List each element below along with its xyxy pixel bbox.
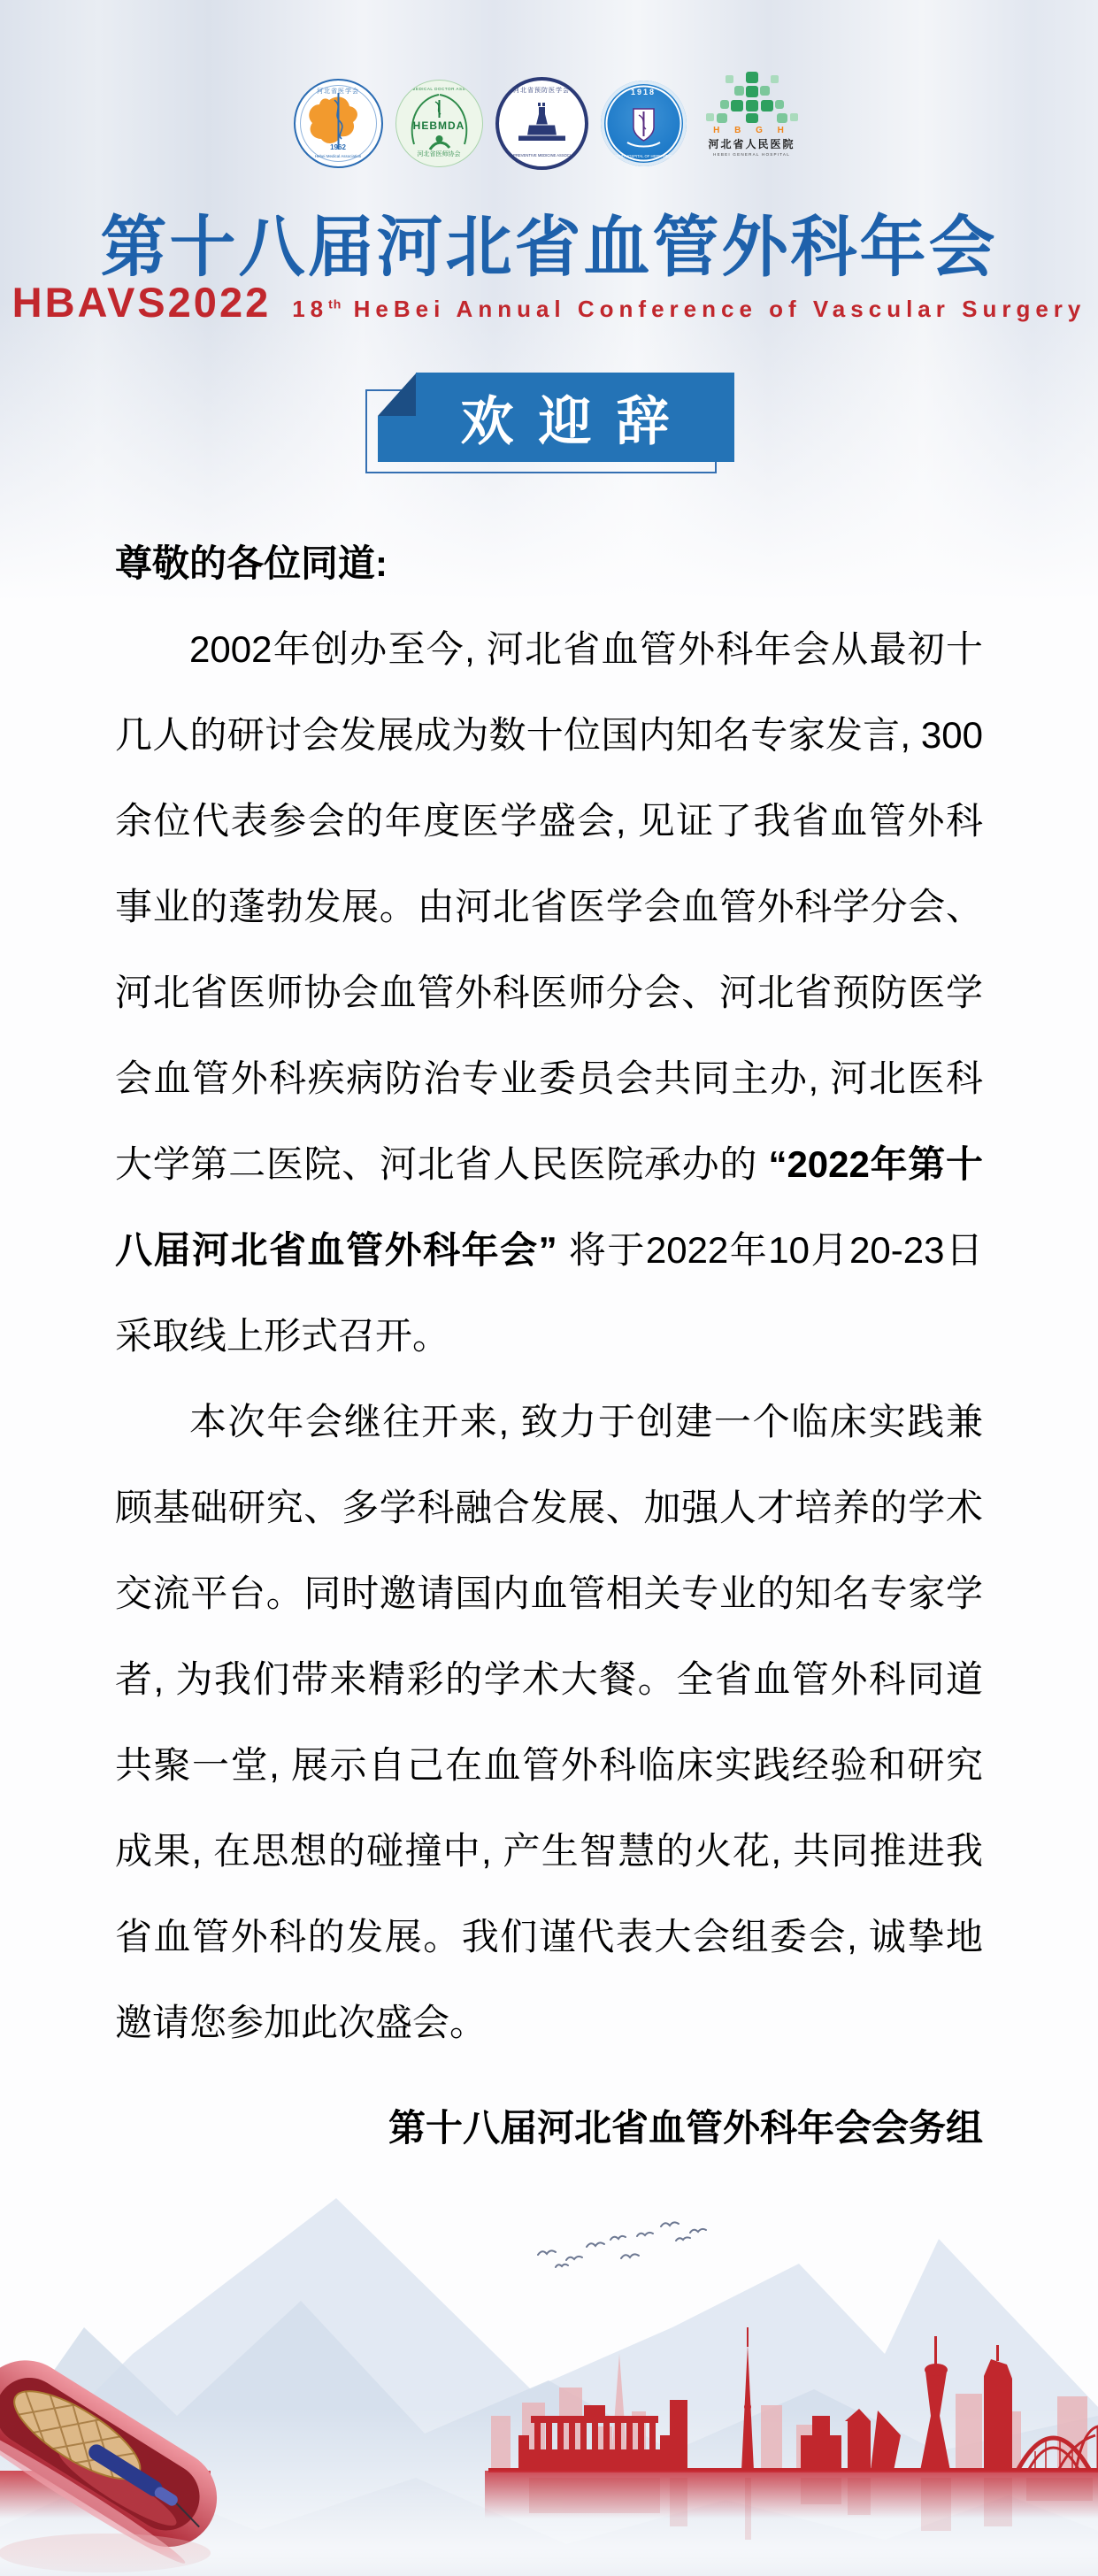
- birds-icon: [538, 2222, 706, 2267]
- conference-title: 第十八届河北省血管外科年会: [0, 195, 1098, 289]
- conference-code: HBAVS2022: [12, 278, 272, 327]
- salutation: 尊敬的各位同道:: [115, 520, 983, 606]
- logo4-ring-text-en: THE SECOND HOSPITAL OF HEBEI MEDICAL UNI…: [601, 155, 687, 158]
- bottom-edge-tint: [0, 2549, 1098, 2576]
- logo3-ring-text-en: HEBEI PREVENTIVE MEDICINE ASSOCIATION: [499, 154, 585, 158]
- logo1-year: 1962: [296, 143, 381, 151]
- conference-subtitle: HBAVS2022 18th HeBei Annual Conference o…: [0, 278, 1098, 327]
- logo2-abbr: HEBMDA: [396, 119, 482, 132]
- bottom-artwork: [0, 2035, 1098, 2576]
- logo-hebei-preventive-medicine-association: 河北省预防医学会 HEBEI PREVENTIVE MEDICINE ASSOC…: [495, 77, 588, 170]
- logo5-name-en: HEBEI GENERAL HOSPITAL: [713, 152, 790, 157]
- logo2-ring-text-cn: 河北省医师协会: [396, 151, 482, 158]
- paragraph-1: 2002年创办至今, 河北省血管外科年会从最初十几人的研讨会发展成为数十位国内知…: [115, 606, 983, 1379]
- green-tree-cross-icon: [699, 70, 805, 125]
- logo4-year: 1918: [601, 88, 687, 96]
- logo-second-hospital-hebei-medical-university: 1918 THE SECOND HOSPITAL OF HEBEI MEDICA…: [601, 81, 687, 166]
- logo3-ring-text: 河北省预防医学会: [499, 88, 585, 94]
- logo-hebei-general-hospital: H B G H 河北省人民医院 HEBEI GENERAL HOSPITAL: [699, 70, 805, 176]
- paragraph-2: 本次年会继往开来, 致力于创建一个临床实践兼顾基础研究、多学科融合发展、加强人才…: [115, 1379, 983, 2065]
- welcome-letter: 尊敬的各位同道: 2002年创办至今, 河北省血管外科年会从最初十几人的研讨会发…: [115, 520, 983, 2171]
- logo-hebei-medical-doctor-association: HEBEI MEDICAL DOCTOR ASSOCIATION HEBMDA …: [395, 80, 483, 167]
- logo5-letters: H B G H: [713, 126, 790, 135]
- logo-hebei-medical-association: 河北省医学会 1962 Hebei Medical Association: [294, 79, 383, 168]
- welcome-banner-label: 欢迎辞: [418, 380, 695, 456]
- conference-subtitle-en: 18th HeBei Annual Conference of Vascular…: [292, 296, 1086, 323]
- logo1-ring-text-en: Hebei Medical Association: [296, 155, 381, 159]
- logo2-ring-text: HEBEI MEDICAL DOCTOR ASSOCIATION: [396, 88, 482, 92]
- logo5-name-cn: 河北省人民医院: [708, 136, 795, 151]
- organizer-logos: 河北省医学会 1962 Hebei Medical Association HE…: [0, 67, 1098, 179]
- logo1-ring-text: 河北省医学会: [296, 88, 381, 95]
- welcome-banner: 欢迎辞: [378, 373, 734, 462]
